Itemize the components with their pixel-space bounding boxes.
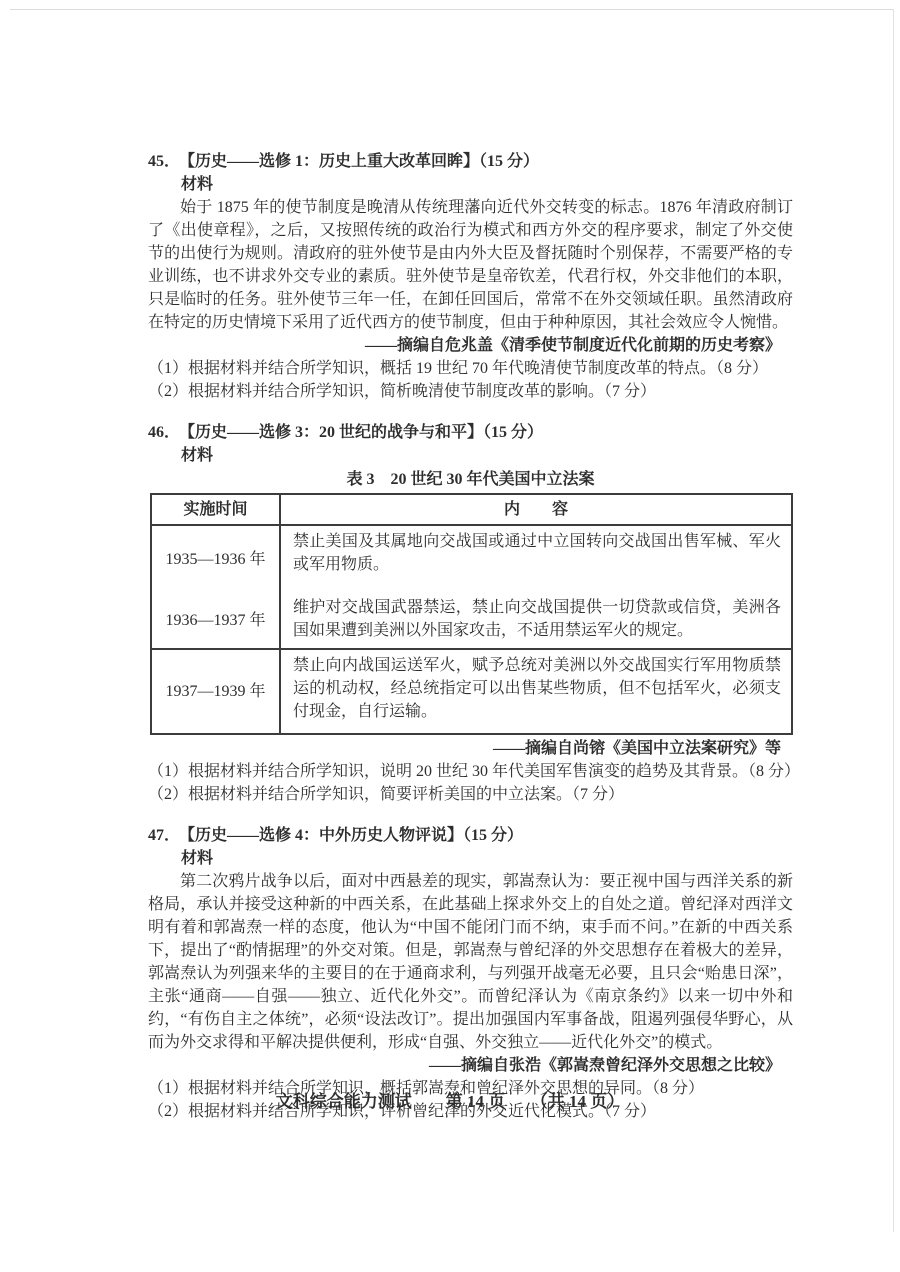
question-46-number: 46． [148, 424, 180, 441]
table-cell-time: 1937—1939 年 [152, 650, 281, 733]
scan-artifact-line [893, 9, 894, 1232]
page-footer: 文科综合能力测试 第 14 页 （共 14 页） [0, 1090, 900, 1113]
question-47-material-paragraph: 第二次鸦片战争以后，面对中西悬差的现实，郭嵩焘认为：要正视中国与西洋关系的新格局… [148, 870, 793, 1054]
question-47: 47．【历史——选修 4：中外历史人物评说】（15 分） 材料 第二次鸦片战争以… [148, 824, 793, 1123]
question-46-heading: 46．【历史——选修 3：20 世纪的战争与和平】（15 分） [148, 421, 793, 444]
table-cell-time: 1935—1936 年 [152, 526, 281, 592]
scan-artifact-line [10, 9, 894, 10]
table-cell-time: 1936—1937 年 [152, 592, 281, 648]
question-47-material-label: 材料 [181, 847, 793, 870]
table-header-time: 实施时间 [152, 495, 281, 524]
question-46: 46．【历史——选修 3：20 世纪的战争与和平】（15 分） 材料 表 3 2… [148, 421, 793, 806]
question-46-subquestion-1: （1）根据材料并结合所学知识，说明 20 世纪 30 年代美国军售演变的趋势及其… [148, 760, 793, 783]
question-46-subquestion-2: （2）根据材料并结合所学知识，简要评析美国的中立法案。（7 分） [148, 783, 793, 806]
table-header-row: 实施时间 内 容 [152, 495, 791, 526]
question-47-title-text: 【历史——选修 4：中外历史人物评说】（15 分） [187, 827, 523, 844]
question-45-number: 45． [148, 153, 180, 170]
question-45-title-text: 【历史——选修 1：历史上重大改革回眸】（15 分） [187, 153, 539, 170]
question-45-source-attribution: ——摘编自危兆盖《清季使节制度近代化前期的历史考察》 [148, 334, 793, 357]
question-45-material-paragraph: 始于 1875 年的使节制度是晚清从传统理藩向近代外交转变的标志。1876 年清… [148, 196, 793, 334]
question-47-heading: 47．【历史——选修 4：中外历史人物评说】（15 分） [148, 824, 793, 847]
question-45: 45．【历史——选修 1：历史上重大改革回眸】（15 分） 材料 始于 1875… [148, 150, 793, 403]
table-header-content: 内 容 [281, 495, 791, 524]
neutrality-table-title: 表 3 20 世纪 30 年代美国中立法案 [148, 468, 793, 491]
table-row: 1937—1939 年 禁止向内战国运送军火，赋予总统对美洲以外交战国实行军用物… [152, 648, 791, 733]
table-cell-content: 禁止向内战国运送军火，赋予总统对美洲以外交战国实行军用物质禁运的机动权，经总统指… [281, 650, 791, 733]
question-45-material-label: 材料 [181, 173, 793, 196]
question-45-subquestion-2: （2）根据材料并结合所学知识，简析晚清使节制度改革的影响。（7 分） [148, 380, 793, 403]
question-46-title-text: 【历史——选修 3：20 世纪的战争与和平】（15 分） [187, 424, 543, 441]
question-47-source-attribution: ——摘编自张浩《郭嵩焘曾纪泽外交思想之比较》 [148, 1054, 793, 1077]
table-row: 1935—1936 年 禁止美国及其属地向交战国或通过中立国转向交战国出售军械、… [152, 526, 791, 592]
question-45-heading: 45．【历史——选修 1：历史上重大改革回眸】（15 分） [148, 150, 793, 173]
question-46-material-label: 材料 [181, 444, 793, 467]
table-cell-content: 禁止美国及其属地向交战国或通过中立国转向交战国出售军械、军火或军用物质。 [281, 526, 791, 592]
table-row: 1936—1937 年 维护对交战国武器禁运，禁止向交战国提供一切贷款或信贷，美… [152, 592, 791, 648]
question-45-subquestion-1: （1）根据材料并结合所学知识，概括 19 世纪 70 年代晚清使节制度改革的特点… [148, 357, 793, 380]
neutrality-acts-table: 实施时间 内 容 1935—1936 年 禁止美国及其属地向交战国或通过中立国转… [150, 493, 793, 735]
question-46-source-attribution: ——摘编自尚镕《美国中立法案研究》等 [148, 737, 793, 760]
question-47-number: 47． [148, 827, 180, 844]
table-cell-content: 维护对交战国武器禁运，禁止向交战国提供一切贷款或信贷，美洲各国如果遭到美洲以外国… [281, 592, 791, 648]
exam-page: 45．【历史——选修 1：历史上重大改革回眸】（15 分） 材料 始于 1875… [0, 0, 900, 1272]
